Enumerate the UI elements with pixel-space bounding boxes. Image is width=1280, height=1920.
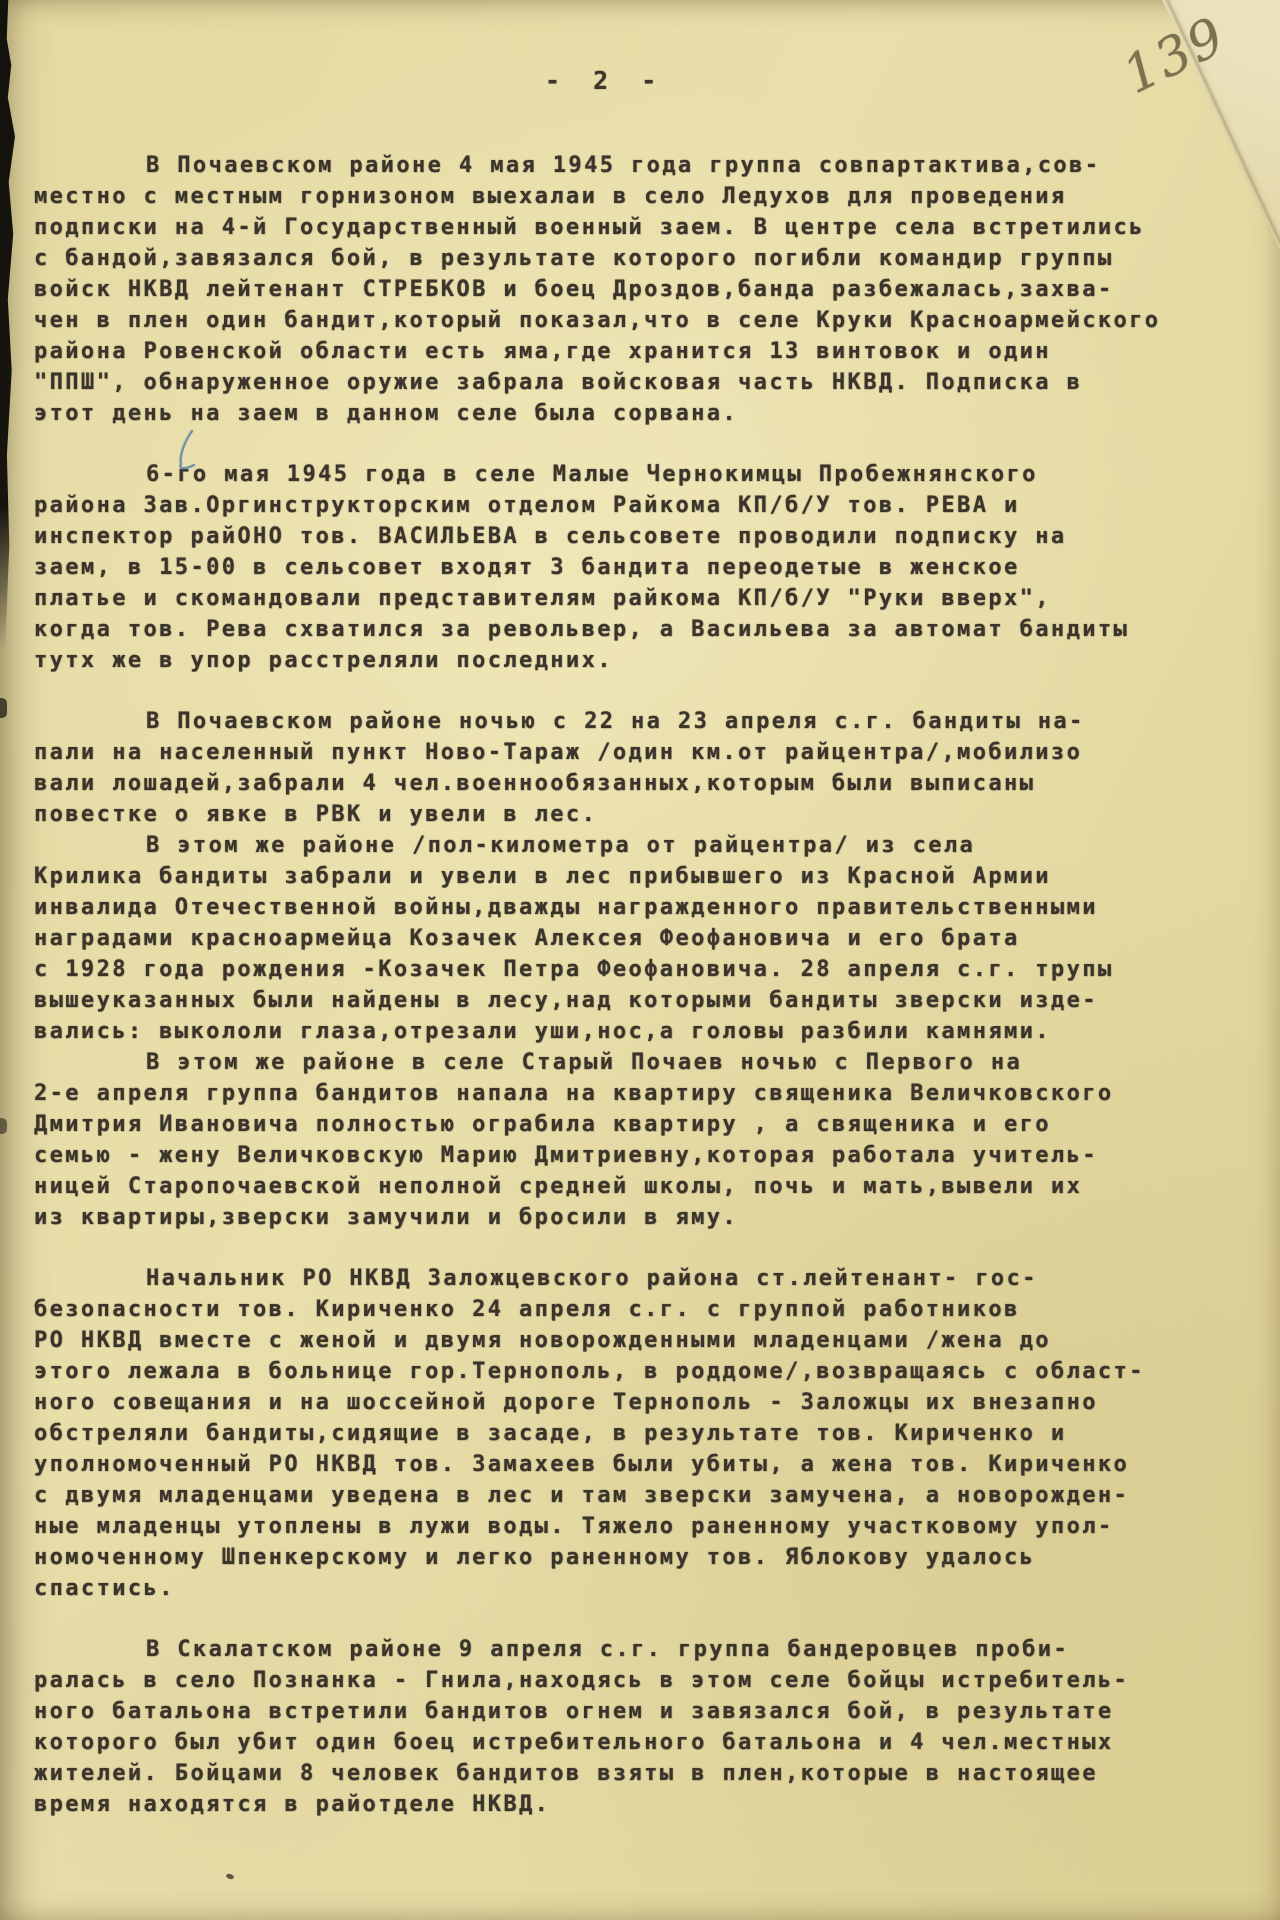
paragraph: В Почаевском районе ночью с 22 на 23 апр… [34, 706, 1248, 830]
paragraph: В этом же районе в селе Старый Почаев но… [34, 1047, 1248, 1233]
blue-pencil-mark [166, 428, 204, 474]
page-number: - 2 - [545, 66, 665, 95]
paragraph: В Почаевском районе 4 мая 1945 года груп… [34, 150, 1248, 429]
paragraph: В этом же районе /пол-километра от райце… [34, 830, 1248, 1047]
document-scan: 139 - 2 - В Почаевском районе 4 мая 1945… [0, 0, 1280, 1920]
paragraph: 6-го мая 1945 года в селе Малые Черноким… [34, 459, 1248, 676]
document-body: В Почаевском районе 4 мая 1945 года груп… [34, 150, 1248, 1820]
paragraph: Начальник РО НКВД Заложцевского района с… [34, 1263, 1248, 1604]
scan-left-edge [0, 0, 15, 650]
left-edge-notch [0, 698, 7, 718]
paragraph: В Скалатском районе 9 апреля с.г. группа… [34, 1634, 1248, 1820]
paper-speck [225, 1873, 234, 1880]
left-edge-notch [0, 1118, 7, 1134]
